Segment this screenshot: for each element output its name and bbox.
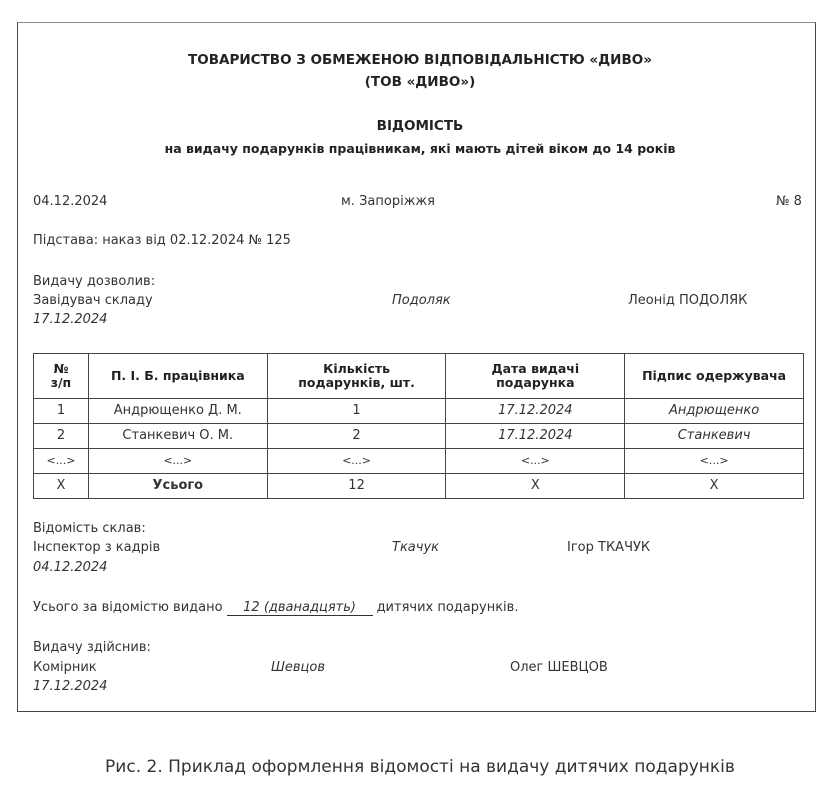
table-row-ellipsis: <...> <...> <...> <...> <...>	[34, 449, 804, 474]
cell-number: 1	[34, 399, 89, 424]
compiled-label: Відомість склав:	[33, 521, 146, 536]
header-gift-quantity: Кількістьподарунків, шт.	[267, 354, 446, 399]
organization-name: ТОВАРИСТВО З ОБМЕЖЕНОЮ ВІДПОВІДАЛЬНІСТЮ …	[0, 52, 840, 68]
document-title: ВІДОМІСТЬ	[0, 118, 840, 134]
total-issued-value: 12 (дванадцять)	[227, 600, 373, 616]
cell-number: 2	[34, 424, 89, 449]
header-employee-name: П. І. Б. працівника	[88, 354, 267, 399]
cell-employee-name: <...>	[88, 449, 267, 474]
gift-issue-table: №з/п П. І. Б. працівника Кількістьподару…	[33, 353, 804, 499]
approved-label: Видачу дозволив:	[33, 274, 155, 289]
approved-signature: Подоляк	[392, 293, 451, 308]
compiled-signature: Ткачук	[392, 540, 439, 555]
document-subtitle: на видачу подарунків працівникам, які ма…	[0, 141, 840, 156]
document-date: 04.12.2024	[33, 194, 107, 209]
cell-gift-quantity: <...>	[267, 449, 446, 474]
table-total-row: X Усього 12 X X	[34, 474, 804, 499]
document-number: № 8	[776, 194, 802, 209]
approved-date: 17.12.2024	[33, 312, 107, 327]
cell-recipient-signature: Андрющенко	[625, 399, 804, 424]
compiled-name: Ігор ТКАЧУК	[567, 540, 650, 555]
issued-label: Видачу здійснив:	[33, 640, 151, 655]
cell-issue-date: 17.12.2024	[446, 424, 625, 449]
header-number: №з/п	[34, 354, 89, 399]
issued-date: 17.12.2024	[33, 679, 107, 694]
cell-recipient-signature: Станкевич	[625, 424, 804, 449]
cell-issue-date: <...>	[446, 449, 625, 474]
cell-recipient-signature: <...>	[625, 449, 804, 474]
cell-total-label: Усього	[88, 474, 267, 499]
table-header-row: №з/п П. І. Б. працівника Кількістьподару…	[34, 354, 804, 399]
total-issued-line: Усього за відомістю видано12 (дванадцять…	[33, 600, 518, 616]
header-recipient-signature: Підпис одержувача	[625, 354, 804, 399]
document-basis: Підстава: наказ від 02.12.2024 № 125	[33, 233, 291, 248]
compiled-date: 04.12.2024	[33, 560, 107, 575]
total-issued-suffix: дитячих подарунків.	[377, 600, 519, 615]
table-row: 2 Станкевич О. М. 2 17.12.2024 Станкевич	[34, 424, 804, 449]
cell-recipient-signature: X	[625, 474, 804, 499]
cell-number: <...>	[34, 449, 89, 474]
cell-issue-date: 17.12.2024	[446, 399, 625, 424]
approved-position: Завідувач складу	[33, 293, 153, 308]
issued-name: Олег ШЕВЦОВ	[510, 660, 608, 675]
cell-employee-name: Андрющенко Д. М.	[88, 399, 267, 424]
cell-gift-quantity: 2	[267, 424, 446, 449]
total-issued-prefix: Усього за відомістю видано	[33, 600, 223, 615]
figure-caption: Рис. 2. Приклад оформлення відомості на …	[0, 757, 840, 777]
issued-position: Комірник	[33, 660, 97, 675]
cell-gift-quantity: 1	[267, 399, 446, 424]
cell-total-quantity: 12	[267, 474, 446, 499]
document-city: м. Запоріжжя	[341, 194, 435, 209]
organization-short-name: (ТОВ «ДИВО»)	[0, 74, 840, 90]
cell-issue-date: X	[446, 474, 625, 499]
table-row: 1 Андрющенко Д. М. 1 17.12.2024 Андрющен…	[34, 399, 804, 424]
compiled-position: Інспектор з кадрів	[33, 540, 160, 555]
cell-employee-name: Станкевич О. М.	[88, 424, 267, 449]
approved-name: Леонід ПОДОЛЯК	[628, 293, 747, 308]
issued-signature: Шевцов	[271, 660, 325, 675]
cell-number: X	[34, 474, 89, 499]
header-issue-date: Дата видачіподарунка	[446, 354, 625, 399]
